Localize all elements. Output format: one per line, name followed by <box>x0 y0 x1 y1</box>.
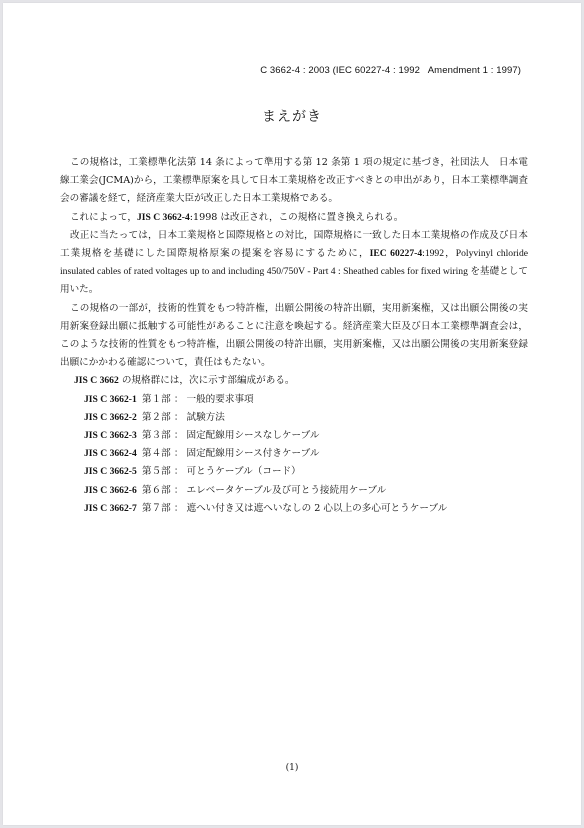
part-code: JIS C 3662-2 <box>84 409 142 427</box>
standard-code: IEC 60227-4 <box>370 248 423 259</box>
paragraph-revision-basis: 改正に当たっては，日本工業規格と国際規格との対比，国際規格に一致した日本工業規格… <box>60 227 528 300</box>
part-code: JIS C 3662-4 <box>84 445 142 463</box>
list-item: JIS C 3662-1第１部 ： 一般的要求事項 <box>60 391 528 409</box>
list-item: JIS C 3662-5第５部 ： 可とうケーブル（コード） <box>60 463 528 481</box>
part-label: 第５部 ： 可とうケーブル（コード） <box>142 466 301 477</box>
list-item: JIS C 3662-2第２部 ： 試験方法 <box>60 409 528 427</box>
paragraph-parts-intro: JIS C 3662 の規格群には，次に示す部編成がある。 <box>60 372 528 390</box>
parts-list: JIS C 3662-1第１部 ： 一般的要求事項 JIS C 3662-2第２… <box>60 391 528 518</box>
list-item: JIS C 3662-7第７部 ： 遮へい付き又は遮へいなしの 2 心以上の多心… <box>60 500 528 518</box>
document-page: C 3662-4 : 2003 (IEC 60227-4 : 1992 Amen… <box>3 3 581 825</box>
paragraph-enactment: この規格は，工業標準化法第 14 条によって準用する第 12 条第 1 項の規定… <box>60 154 528 209</box>
part-label: 第７部 ： 遮へい付き又は遮へいなしの 2 心以上の多心可とうケーブル <box>142 503 447 514</box>
part-label: 第１部 ： 一般的要求事項 <box>142 394 254 405</box>
paragraph-replacement: これによって，JIS C 3662-4:1998 は改正され，この規格に置き換え… <box>60 209 528 227</box>
part-label: 第４部 ： 固定配線用シース付きケーブル <box>142 448 319 459</box>
page-number: (1) <box>3 763 581 773</box>
part-label: 第２部 ： 試験方法 <box>142 412 225 423</box>
text: :1998 は改正され，この規格に置き換えられる。 <box>190 212 404 223</box>
part-code: JIS C 3662-7 <box>84 500 142 518</box>
list-item: JIS C 3662-4第４部 ： 固定配線用シース付きケーブル <box>60 445 528 463</box>
paragraph-patent-notice: この規格の一部が，技術的性質をもつ特許権，出願公開後の特許出願，実用新案権，又は… <box>60 300 528 373</box>
text: の規格群には，次に示す部編成がある。 <box>119 375 295 386</box>
page-title: まえがき <box>3 106 581 126</box>
foreword-body: この規格は，工業標準化法第 14 条によって準用する第 12 条第 1 項の規定… <box>60 154 528 518</box>
standard-code: JIS C 3662-4 <box>137 212 190 223</box>
part-label: 第３部 ： 固定配線用シースなしケーブル <box>142 430 319 441</box>
part-code: JIS C 3662-3 <box>84 427 142 445</box>
list-item: JIS C 3662-6第６部 ： エレベータケーブル及び可とう接続用ケーブル <box>60 482 528 500</box>
list-item: JIS C 3662-3第３部 ： 固定配線用シースなしケーブル <box>60 427 528 445</box>
standard-reference-header: C 3662-4 : 2003 (IEC 60227-4 : 1992 Amen… <box>260 65 521 76</box>
part-label: 第６部 ： エレベータケーブル及び可とう接続用ケーブル <box>142 485 386 496</box>
part-code: JIS C 3662-5 <box>84 463 142 481</box>
text: これによって， <box>70 212 137 223</box>
part-code: JIS C 3662-6 <box>84 482 142 500</box>
standard-code: JIS C 3662 <box>74 375 119 386</box>
part-code: JIS C 3662-1 <box>84 391 142 409</box>
